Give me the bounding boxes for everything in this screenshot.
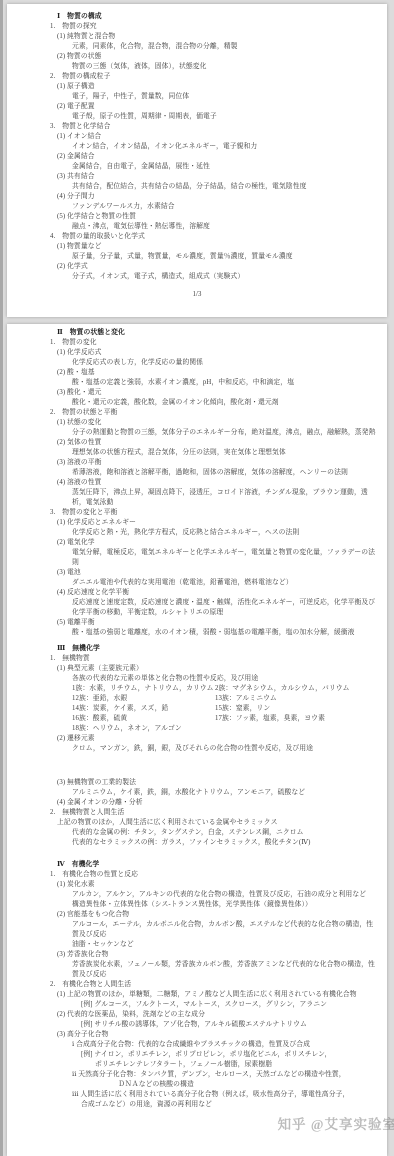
doc-line: (1) 純物質と混合物 xyxy=(7,32,387,42)
doc-line: (1) 状態の変化 xyxy=(7,418,387,428)
col-left: 16族：酸素，硫黄 xyxy=(72,714,215,724)
page-1: Ⅰ 物質の構成1. 物質の探究(1) 純物質と混合物元素，同素体，化合物，混合物… xyxy=(7,4,387,317)
doc-line: (3) 電池 xyxy=(7,568,387,578)
doc-line: (4) 分子間力 xyxy=(7,192,387,202)
doc-line: クロム，マンガン，鉄，銅，銀，及びそれらの化合物の性質や反応，及び用途 xyxy=(7,744,387,754)
doc-line: [例] サリチル酸の誘導体，アゾ化合物，アルキル硫酸エステルナトリウム xyxy=(7,1020,387,1030)
doc-line: (3) 芳香族化合物 xyxy=(7,950,387,960)
col-right: 2族：マグネシウム，カルシウム，バリウム xyxy=(215,684,379,694)
page-2: Ⅱ 物質の状態と変化1. 物質の変化(1) 化学反応式化学反応式の表し方，化学反… xyxy=(7,324,387,1156)
doc-line: 物質の三態（気体，液体，固体），状態変化 xyxy=(7,62,387,72)
doc-line: 酸・塩基の強弱と電離度，水のイオン積，弱酸・弱塩基の電離平衡，塩の加水分解，緩衝… xyxy=(7,628,387,638)
doc-line: (3) 共有結合 xyxy=(7,172,387,182)
doc-line: (2) 酸・塩基 xyxy=(7,368,387,378)
doc-line: 3. 物質の変化と平衡 xyxy=(7,508,387,518)
doc-line: 2. 無機物質と人間生活 xyxy=(7,808,387,818)
doc-line: 金属結合，自由電子，金属結晶，展性・延性 xyxy=(7,162,387,172)
doc-line: (4) 金属イオンの分離・分析 xyxy=(7,798,387,808)
doc-line: 反応速度と速度定数，反応速度と濃度・温度・触媒，活性化エネルギー，可逆反応，化学… xyxy=(7,598,387,618)
doc-line: 原子量，分子量，式量，物質量，モル濃度，質量％濃度，質量モル濃度 xyxy=(7,252,387,262)
doc-line: ポリエチレンテレフタラート，フェノール樹脂，尿素樹脂 xyxy=(7,1060,387,1070)
doc-line: 分子式，イオン式，電子式，構造式，組成式（実験式） xyxy=(7,272,387,282)
section-heading: Ⅱ 物質の状態と変化 xyxy=(7,328,387,338)
doc-line: 代表的な金属の例：チタン，タングステン，白金，ステンレス鋼，ニクロム xyxy=(7,828,387,838)
doc-line: (1) 原子構造 xyxy=(7,82,387,92)
doc-line: 3. 物質と化学結合 xyxy=(7,122,387,132)
section-heading: Ⅳ 有機化学 xyxy=(7,860,387,870)
doc-line: 2. 物質の構成粒子 xyxy=(7,72,387,82)
doc-line: (2) 化学式 xyxy=(7,262,387,272)
doc-line: 希薄溶液，飽和溶液と溶解平衡，過飽和，固体の溶解度，気体の溶解度，ヘンリーの法則 xyxy=(7,468,387,478)
doc-line: (5) 電離平衡 xyxy=(7,618,387,628)
doc-line: 1. 有機化合物の性質と反応 xyxy=(7,870,387,880)
doc-line: 理想気体の状態方程式，混合気体，分圧の法則，実在気体と理想気体 xyxy=(7,448,387,458)
doc-line: 共有結合，配位結合，共有結合の結晶，分子結晶，結合の極性，電気陰性度 xyxy=(7,182,387,192)
doc-line: 酸化・還元の定義，酸化数，金属のイオン化傾向，酸化剤・還元剤 xyxy=(7,398,387,408)
doc-line: 1. 無機物質 xyxy=(7,654,387,664)
doc-line-columns: 1族：水素，リチウム，ナトリウム，カリウム2族：マグネシウム，カルシウム，バリウ… xyxy=(7,684,387,694)
doc-line: アルコール，エーテル，カルボニル化合物，カルボン酸，エステルなど代表的な化合物の… xyxy=(7,920,387,940)
doc-line: (4) 溶液の性質 xyxy=(7,478,387,488)
page-number: 1/3 xyxy=(7,290,387,300)
doc-line: (1) 物質量など xyxy=(7,242,387,252)
doc-line: ⅱ 天然高分子化合物：タンパク質，デンプン，セルロース，天然ゴムなどの構造や性質… xyxy=(7,1070,387,1080)
doc-line: (1) 炭化水素 xyxy=(7,880,387,890)
page-1-body: Ⅰ 物質の構成1. 物質の探究(1) 純物質と混合物元素，同素体，化合物，混合物… xyxy=(7,12,387,282)
doc-line: 化学反応と熱・光，熱化学方程式，反応熱と結合エネルギー，ヘスの法則 xyxy=(7,528,387,538)
doc-line: (2) 電子配置 xyxy=(7,102,387,112)
doc-line: (2) 代表的な医薬品，染料，洗剤などの主な成分 xyxy=(7,1010,387,1020)
doc-line: (1) イオン結合 xyxy=(7,132,387,142)
doc-line: 1. 物質の変化 xyxy=(7,338,387,348)
col-right: 13族：アルミニウム xyxy=(215,694,379,704)
spacer xyxy=(7,848,387,860)
doc-line: 化学反応式の表し方，化学反応の量的関係 xyxy=(7,358,387,368)
doc-line: (2) 金属結合 xyxy=(7,152,387,162)
doc-line: (2) 遷移元素 xyxy=(7,734,387,744)
doc-line: (1) 典型元素（主要族元素） xyxy=(7,664,387,674)
doc-line-columns: 16族：酸素，硫黄17族：フッ素，塩素，臭素，ヨウ素 xyxy=(7,714,387,724)
doc-line: (3) 溶液の平衡 xyxy=(7,458,387,468)
doc-line: 上記の物質のほか，人間生活に広く利用されている金属やセラミックス xyxy=(7,818,387,828)
page-2-body: Ⅱ 物質の状態と変化1. 物質の変化(1) 化学反応式化学反応式の表し方，化学反… xyxy=(7,328,387,1110)
doc-line: ダニエル電池や代表的な実用電池（乾電池，鉛蓄電池，燃料電池など） xyxy=(7,578,387,588)
doc-line: 合成ゴムなど）の用途，資源の再利用など xyxy=(7,1100,387,1110)
doc-line: 代表的なセラミックスの例：ガラス，ファインセラミックス，酸化チタン(Ⅳ) xyxy=(7,838,387,848)
doc-line: 18族：ヘリウム，ネオン，アルゴン xyxy=(7,724,387,734)
doc-line: 芳香族炭化水素，フェノール類，芳香族カルボン酸，芳香族アミンなど代表的な化合物の… xyxy=(7,960,387,980)
doc-line: 各族の代表的な元素の単体と化合物の性質や反応，及び用途 xyxy=(7,674,387,684)
doc-line: ⅲ 人間生活に広く利用されている高分子化合物（例えば，吸水性高分子，導電性高分子… xyxy=(7,1090,387,1100)
section-heading: Ⅰ 物質の構成 xyxy=(7,12,387,22)
spacer xyxy=(7,754,387,778)
doc-line: (1) 化学反応とエネルギー xyxy=(7,518,387,528)
doc-line: [例] グルコース，フルクトース，マルトース，スクロース，グリシン，アラニン xyxy=(7,1000,387,1010)
doc-line: アルカン，アルケン，アルキンの代表的な化合物の構造，性質及び反応，石油の成分と利… xyxy=(7,890,387,900)
doc-line: 4. 物質の量的取扱いと化学式 xyxy=(7,232,387,242)
doc-line: ファンデルワールス力，水素結合 xyxy=(7,202,387,212)
doc-line: (5) 化学結合と物質の性質 xyxy=(7,212,387,222)
document-viewer-canvas: Ⅰ 物質の構成1. 物質の探究(1) 純物質と混合物元素，同素体，化合物，混合物… xyxy=(0,0,394,1156)
doc-line: (3) 無機物質の工業的製法 xyxy=(7,778,387,788)
doc-line: 酸・塩基の定義と強弱，水素イオン濃度，pH，中和反応，中和滴定，塩 xyxy=(7,378,387,388)
doc-line: 融点・沸点，電気伝導性・熱伝導性，溶解度 xyxy=(7,222,387,232)
doc-line: 電子殻，原子の性質，周期律・周期表，価電子 xyxy=(7,112,387,122)
doc-line: ⅰ 合成高分子化合物：代表的な合成繊維やプラスチックの構造，性質及び合成 xyxy=(7,1040,387,1050)
doc-line: アルミニウム，ケイ素，鉄，銅，水酸化ナトリウム，アンモニア，硫酸など xyxy=(7,788,387,798)
doc-line: 2. 物質の状態と平衡 xyxy=(7,408,387,418)
left-edge-strip xyxy=(0,0,3,1156)
doc-line: 電気分解，電極反応，電気エネルギーと化学エネルギー，電気量と物質の変化量，ファラ… xyxy=(7,548,387,568)
col-right: 17族：フッ素，塩素，臭素，ヨウ素 xyxy=(215,714,379,724)
doc-line: (1) 上記の物質のほか，単糖類，二糖類，アミノ酸など人間生活に広く利用されてい… xyxy=(7,990,387,1000)
doc-line: 構造異性体・立体異性体（シス-トランス異性体，光学異性体（鏡像異性体）） xyxy=(7,900,387,910)
doc-line: 油脂・セッケンなど xyxy=(7,940,387,950)
doc-line: (2) 官能基をもつ化合物 xyxy=(7,910,387,920)
doc-line: 元素，同素体，化合物，混合物，混合物の分離，精製 xyxy=(7,42,387,52)
doc-line: (4) 反応速度と化学平衡 xyxy=(7,588,387,598)
doc-line: (2) 物質の状態 xyxy=(7,52,387,62)
doc-line: 電子，陽子，中性子，質量数，同位体 xyxy=(7,92,387,102)
section-heading: Ⅲ 無機化学 xyxy=(7,644,387,654)
doc-line: 蒸気圧降下，沸点上昇，凝固点降下，浸透圧，コロイド溶液，チンダル現象，ブラウン運… xyxy=(7,488,387,508)
doc-line: (2) 電気化学 xyxy=(7,538,387,548)
doc-line: (2) 気体の性質 xyxy=(7,438,387,448)
doc-line: イオン結合，イオン結晶，イオン化エネルギー，電子親和力 xyxy=(7,142,387,152)
col-left: 14族：炭素，ケイ素，スズ，鉛 xyxy=(72,704,215,714)
doc-line: ＤＮＡなどの核酸の構造 xyxy=(7,1080,387,1090)
doc-line: (3) 高分子化合物 xyxy=(7,1030,387,1040)
doc-line: 2. 有機化合物と人間生活 xyxy=(7,980,387,990)
col-left: 12族：亜鉛，水銀 xyxy=(72,694,215,704)
doc-line: (3) 酸化・還元 xyxy=(7,388,387,398)
col-right: 15族：窒素，リン xyxy=(215,704,379,714)
doc-line-columns: 12族：亜鉛，水銀13族：アルミニウム xyxy=(7,694,387,704)
doc-line: 分子の熱運動と物質の三態，気体分子のエネルギー分布，絶対温度，沸点，融点，融解熱… xyxy=(7,428,387,438)
doc-line: 1. 物質の探究 xyxy=(7,22,387,32)
col-left: 1族：水素，リチウム，ナトリウム，カリウム xyxy=(72,684,215,694)
doc-line-columns: 14族：炭素，ケイ素，スズ，鉛15族：窒素，リン xyxy=(7,704,387,714)
doc-line: (1) 化学反応式 xyxy=(7,348,387,358)
doc-line: [例] ナイロン，ポリエチレン，ポリプロピレン，ポリ塩化ビニル，ポリスチレン， xyxy=(7,1050,387,1060)
